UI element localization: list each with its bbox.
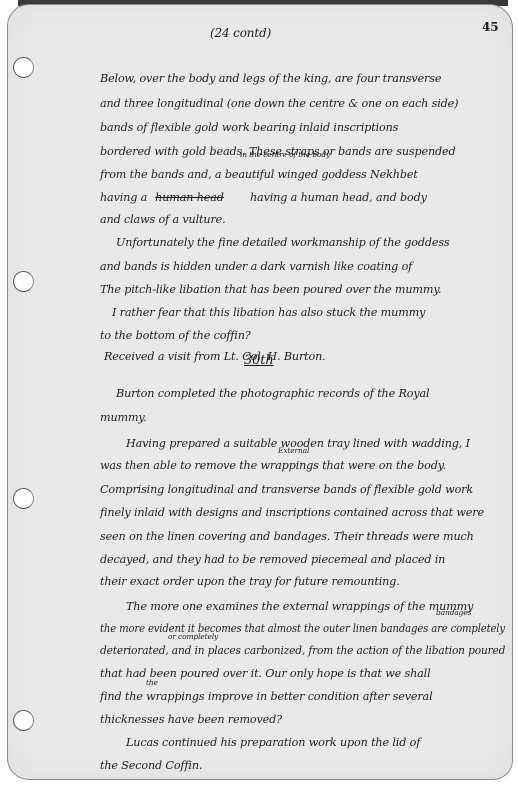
page-header: (24 contd) [210, 26, 271, 40]
text-line: Below, over the body and legs of the kin… [100, 72, 441, 85]
punch-hole [13, 57, 34, 78]
text-line: mummy. [100, 411, 147, 424]
text-line: having ahuman head [100, 191, 224, 204]
text-line: Received a visit from Lt. Col. H. Burton… [104, 350, 326, 363]
text-line: thicknesses have been removed? [100, 713, 282, 726]
text-line: Comprising longitudinal and transverse b… [100, 483, 473, 496]
interlinear-insertion: in the centre of the body [240, 150, 330, 159]
punch-hole [13, 710, 34, 731]
text-line: deteriorated, and in places carbonized, … [100, 644, 505, 657]
text-line: and bands is hidden under a dark varnish… [100, 260, 412, 273]
text-line: I rather fear that this libation has als… [112, 306, 425, 319]
text-line: the more evident it becomes that almost … [100, 622, 505, 635]
date-heading: 30th [244, 353, 274, 368]
text-line: to the bottom of the coffin? [100, 329, 251, 342]
text-line: and three longitudinal (one down the cen… [100, 97, 458, 110]
text-line: the Second Coffin. [100, 759, 202, 772]
text-line: and claws of a vulture. [100, 213, 226, 226]
text-line: Burton completed the photographic record… [116, 387, 429, 400]
text-line: Unfortunately the fine detailed workmans… [116, 236, 450, 249]
struck-text: human head [155, 191, 224, 204]
text-line: their exact order upon the tray for futu… [100, 575, 400, 588]
text-line: decayed, and they had to be removed piec… [100, 553, 445, 566]
interlinear-insertion: the [146, 678, 158, 687]
punch-hole [13, 488, 34, 509]
interlinear-insertion: External [278, 446, 309, 455]
punch-hole [13, 271, 34, 292]
text-line: seen on the linen covering and bandages.… [100, 530, 474, 543]
interlinear-insertion: bandages [436, 608, 471, 617]
text-line: The pitch-like libation that has been po… [100, 283, 441, 296]
text-line: finely inlaid with designs and inscripti… [100, 506, 484, 519]
page-number: 45 [482, 20, 498, 34]
text-line: having a human head, and body [250, 191, 427, 204]
text-line: find the wrappings improve in better con… [100, 690, 433, 703]
text-line: Lucas continued his preparation work upo… [126, 736, 420, 749]
text-line: The more one examines the external wrapp… [126, 600, 473, 613]
text-line: bands of flexible gold work bearing inla… [100, 121, 398, 134]
interlinear-insertion: or completely [168, 632, 218, 641]
text-line: from the bands and, a beautiful winged g… [100, 168, 418, 181]
text-line: was then able to remove the wrappings th… [100, 459, 446, 472]
